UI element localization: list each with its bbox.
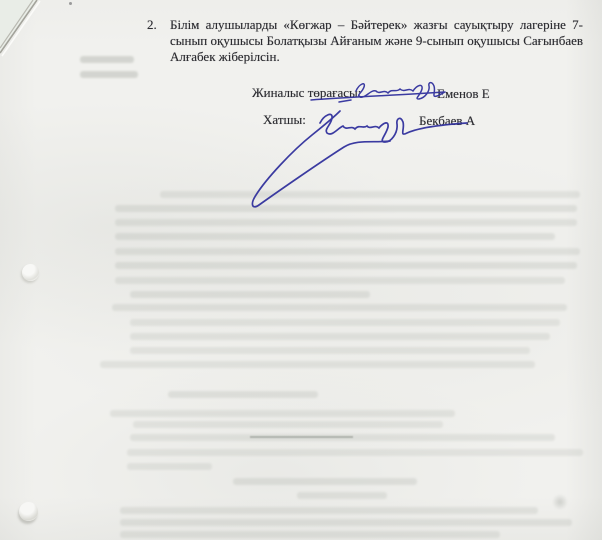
hole-punch-mark-top [22,264,39,281]
item-text: Білім алушыларды «Көгжар – Бәйтерек» жаз… [170,17,583,66]
scanned-document-page: 2. Білім алушыларды «Көгжар – Бәйтерек» … [0,0,602,540]
bleedthrough-line [233,478,417,485]
bleedthrough-line [110,410,455,417]
dust-speck [69,2,72,5]
resolution-item: 2. Білім алушыларды «Көгжар – Бәйтерек» … [147,17,583,66]
bleedthrough-line [112,304,567,311]
paper-corner-fold [0,0,60,70]
bleedthrough-line [127,449,583,456]
bleedthrough-line [133,421,443,428]
bleedthrough-line [130,291,370,298]
bleedthrough-line [115,277,565,284]
bleedthrough-line [120,507,538,514]
bleedthrough-line [120,519,572,526]
bleedthrough-line [130,347,530,354]
paper-texture [0,0,602,540]
bleedthrough-line [80,56,134,63]
bleedthrough-line [130,319,560,326]
bleedthrough-line [115,248,580,255]
bleedthrough-line [115,219,577,226]
bleedthrough-line [130,333,550,340]
item-number: 2. [147,17,160,66]
bleedthrough-line [100,361,535,368]
bleedthrough-line [115,262,577,269]
bleedthrough-line [115,233,555,240]
bleedthrough-line [130,434,555,441]
secretary-signature-ink [232,103,482,215]
bleedthrough-line [120,531,500,538]
paper-smudge [552,494,568,510]
bleedthrough-line [80,71,138,78]
bleedthrough-underline [250,436,353,438]
bleedthrough-line [168,391,318,398]
bleedthrough-line [297,492,387,499]
hole-punch-mark-bottom [19,502,38,521]
bleedthrough-line [127,463,212,470]
